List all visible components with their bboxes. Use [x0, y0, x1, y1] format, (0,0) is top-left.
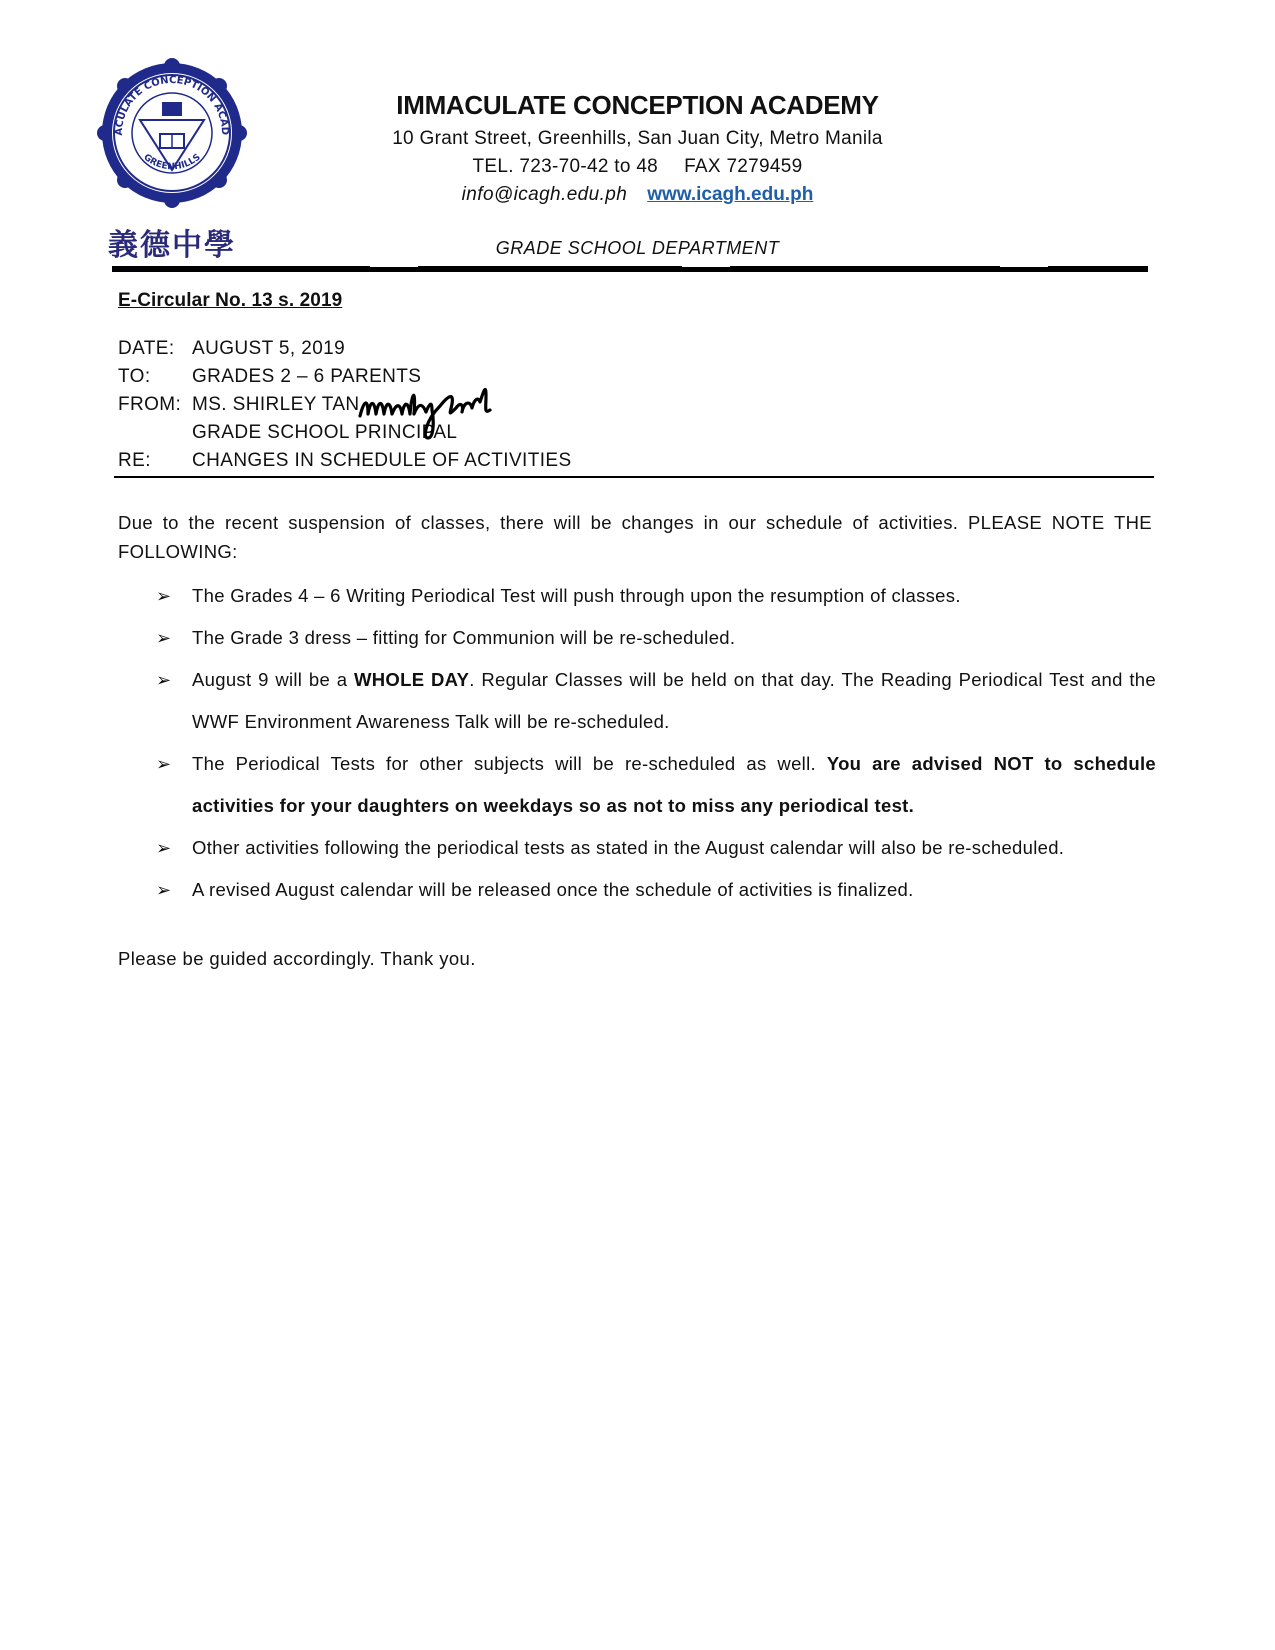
list-item: ➢ A revised August calendar will be rele…: [156, 869, 1156, 911]
arrowhead-bullet-icon: ➢: [156, 869, 176, 911]
handwritten-signature-icon: [356, 380, 504, 442]
circular-number: E-Circular No. 13 s. 2019: [118, 290, 342, 312]
telephone: TEL. 723-70-42 to 48: [472, 156, 658, 177]
closing-line: Please be guided accordingly. Thank you.: [118, 948, 476, 970]
school-address: 10 Grant Street, Greenhills, San Juan Ci…: [0, 128, 1275, 150]
list-item: ➢ The Grades 4 – 6 Writing Periodical Te…: [156, 575, 1156, 617]
intro-paragraph: Due to the recent suspension of classes,…: [118, 508, 1152, 566]
arrowhead-bullet-icon: ➢: [156, 659, 176, 701]
list-item: ➢ The Grade 3 dress – fitting for Commun…: [156, 617, 1156, 659]
arrowhead-bullet-icon: ➢: [156, 575, 176, 617]
memo-date: AUGUST 5, 2019: [192, 338, 345, 360]
memo-sender: MS. SHIRLEY TAN: [192, 394, 360, 416]
memo-label: FROM:: [118, 394, 192, 416]
arrowhead-bullet-icon: ➢: [156, 617, 176, 659]
department-name: GRADE SCHOOL DEPARTMENT: [0, 238, 1275, 259]
list-item: ➢ The Periodical Tests for other subject…: [156, 743, 1156, 827]
letterhead-divider: [112, 266, 1148, 272]
memo-label: RE:: [118, 450, 192, 472]
memo-divider: [114, 476, 1154, 478]
memo-label: TO:: [118, 366, 192, 388]
memo-from-row: FROM:MS. SHIRLEY TAN: [118, 394, 360, 416]
contact-links: info@icagh.edu.phwww.icagh.edu.ph: [0, 184, 1275, 206]
website-link[interactable]: www.icagh.edu.ph: [647, 184, 813, 205]
fax: FAX 7279459: [684, 156, 802, 177]
arrowhead-bullet-icon: ➢: [156, 827, 176, 869]
memo-re-row: RE:CHANGES IN SCHEDULE OF ACTIVITIES: [118, 450, 572, 472]
school-name: IMMACULATE CONCEPTION ACADEMY: [0, 90, 1275, 121]
list-item: ➢ August 9 will be a WHOLE DAY. Regular …: [156, 659, 1156, 743]
list-item: ➢ Other activities following the periodi…: [156, 827, 1156, 869]
contact-numbers: TEL. 723-70-42 to 48FAX 7279459: [0, 156, 1275, 178]
arrowhead-bullet-icon: ➢: [156, 743, 176, 785]
memo-label: DATE:: [118, 338, 192, 360]
memo-date-row: DATE:AUGUST 5, 2019: [118, 338, 345, 360]
email-address[interactable]: info@icagh.edu.ph: [462, 184, 628, 205]
memo-subject: CHANGES IN SCHEDULE OF ACTIVITIES: [192, 450, 572, 472]
